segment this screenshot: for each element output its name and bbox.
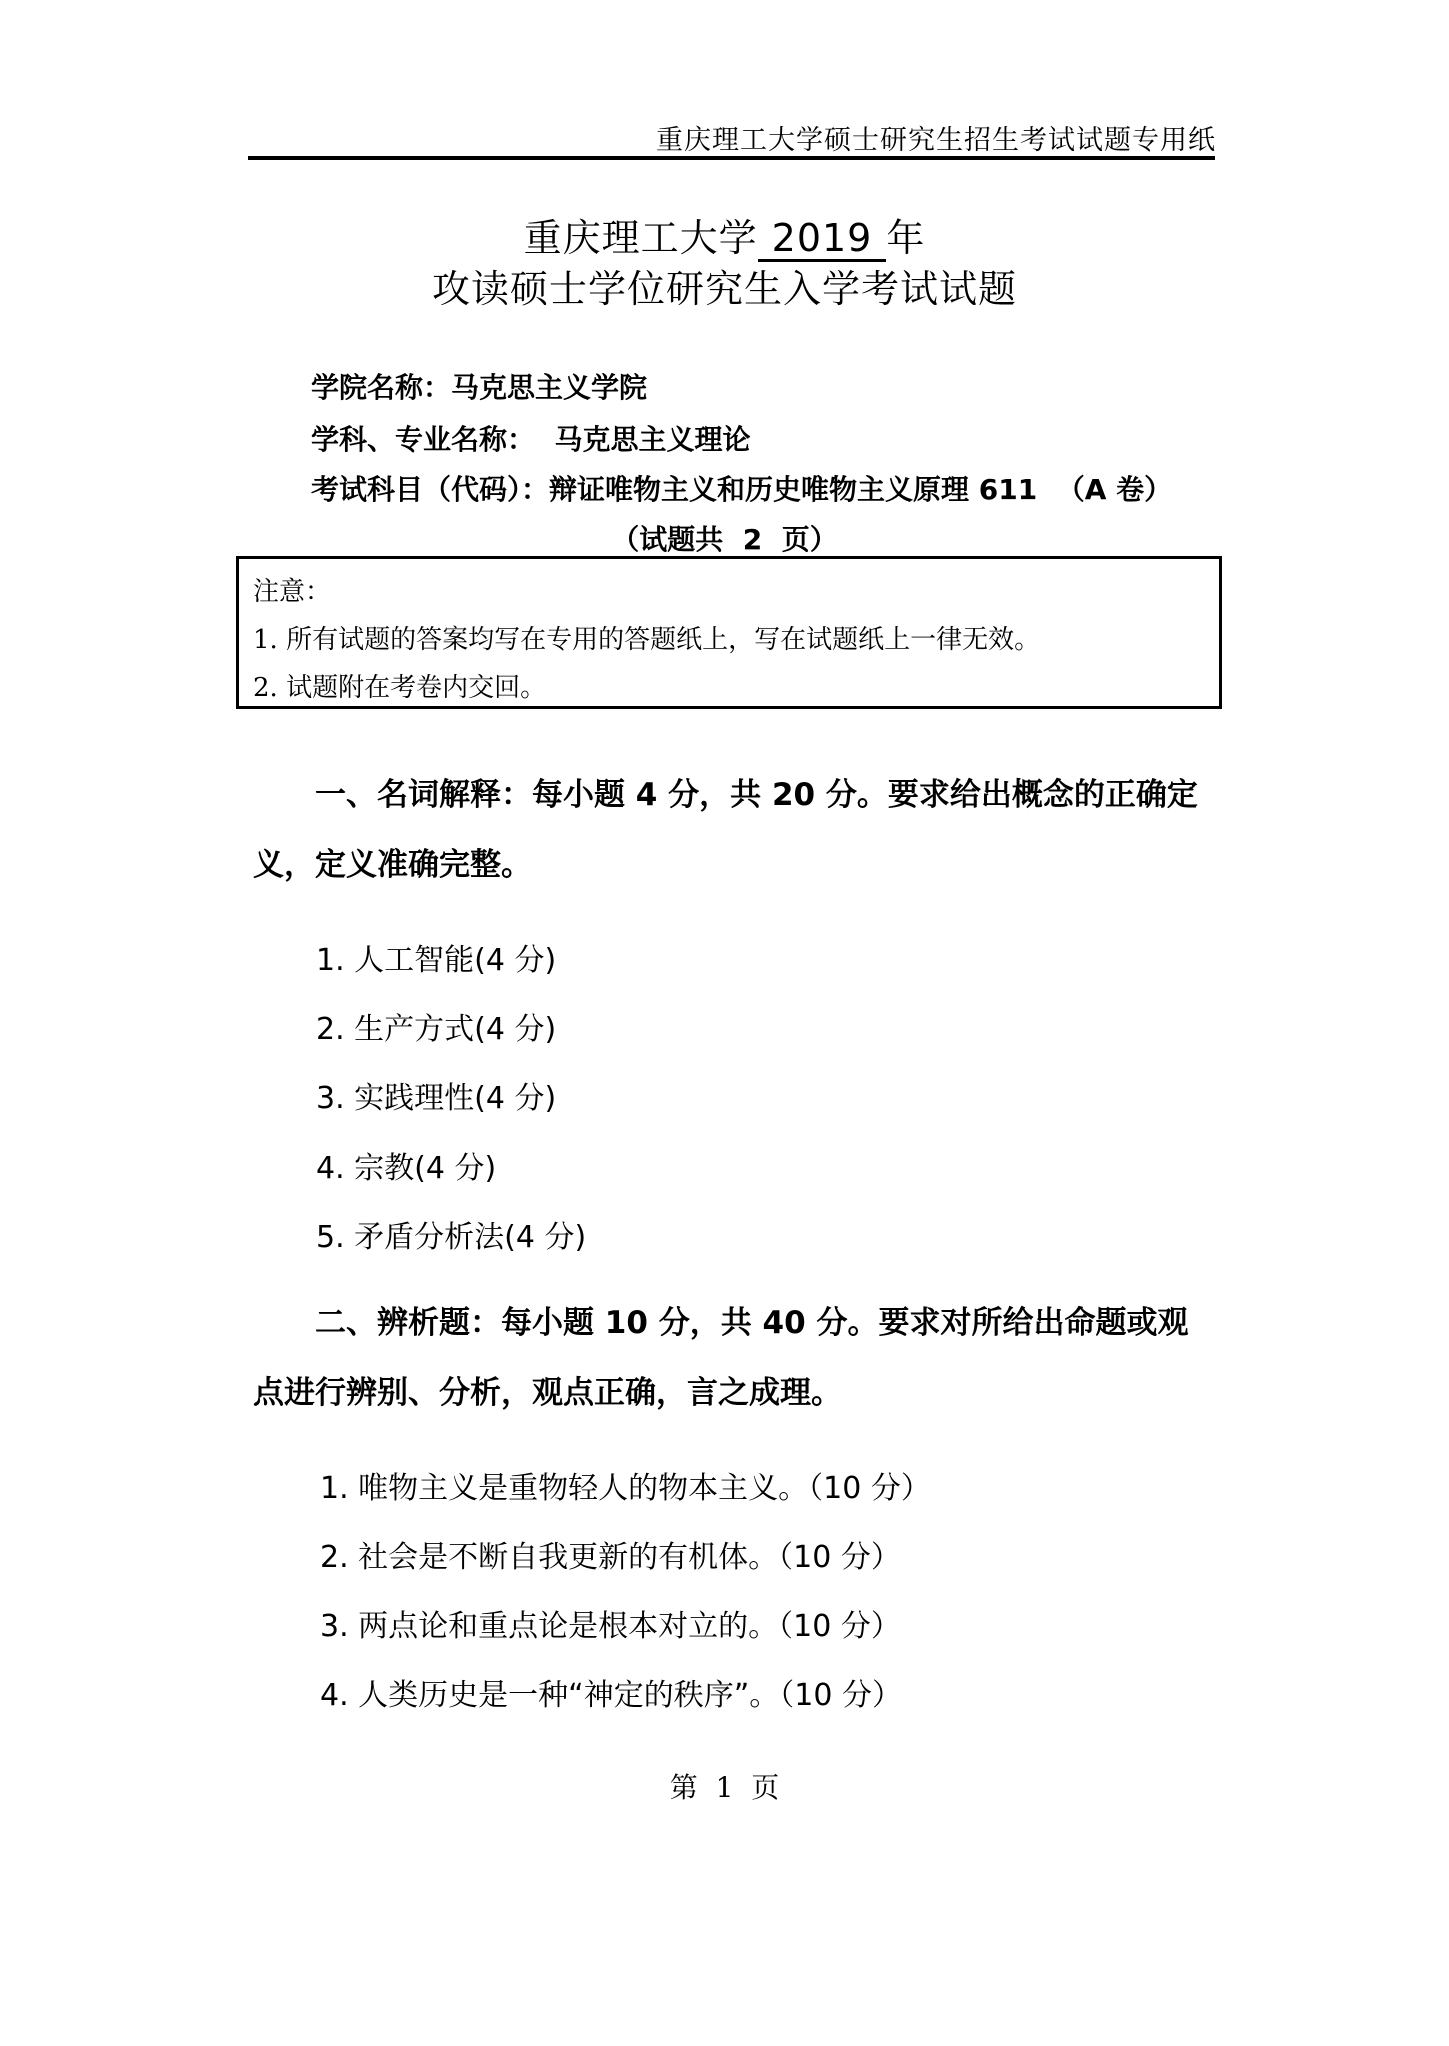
exam-title-line-1: 重庆理工大学2019年 — [0, 207, 1449, 262]
section-2-heading: 二、辨析题：每小题 10 分，共 40 分。要求对所给出命题或观点进行辨别、分析… — [253, 1288, 1213, 1428]
exam-subject: 考试科目（代码）：辩证唯物主义和历史唯物主义原理 611 （A 卷） — [311, 468, 1172, 508]
question-item: 2. 社会是不断自我更新的有机体。（10 分） — [320, 1532, 901, 1576]
total-pages-note: （试题共 2 页） — [0, 518, 1449, 558]
header-rule-divider — [248, 156, 1215, 160]
question-item: 3. 两点论和重点论是根本对立的。（10 分） — [320, 1601, 901, 1645]
university-name: 重庆理工大学 — [524, 216, 758, 260]
section-1-heading-text: 一、名词解释：每小题 4 分，共 20 分。要求给出概念的正确定义，定义准确完整… — [253, 777, 1198, 883]
exam-year: 2019 — [758, 219, 887, 262]
exam-page: 重庆理工大学硕士研究生招生考试试题专用纸 重庆理工大学2019年 攻读硕士学位研… — [0, 0, 1449, 2046]
exam-title-line-2: 攻读硕士学位研究生入学考试试题 — [0, 258, 1449, 313]
section-2-heading-text: 二、辨析题：每小题 10 分，共 40 分。要求对所给出命题或观点进行辨别、分析… — [253, 1305, 1188, 1411]
page-number: 第 1 页 — [0, 1766, 1449, 1806]
question-item: 4. 宗教(4 分) — [316, 1143, 496, 1187]
college-name: 学院名称：马克思主义学院 — [311, 366, 647, 406]
question-item: 1. 人工智能(4 分) — [316, 935, 556, 979]
major-name: 学科、专业名称： 马克思主义理论 — [311, 418, 751, 458]
notice-item: 1. 所有试题的答案均写在专用的答题纸上，写在试题纸上一律无效。 — [253, 619, 1040, 656]
page-header-text: 重庆理工大学硕士研究生招生考试试题专用纸 — [656, 118, 1216, 157]
notice-box: 注意： 1. 所有试题的答案均写在专用的答题纸上，写在试题纸上一律无效。 2. … — [236, 556, 1222, 709]
notice-title: 注意： — [253, 571, 331, 608]
question-item: 4. 人类历史是一种“神定的秩序”。（10 分） — [320, 1670, 902, 1714]
section-1-heading: 一、名词解释：每小题 4 分，共 20 分。要求给出概念的正确定义，定义准确完整… — [253, 760, 1213, 900]
question-item: 1. 唯物主义是重物轻人的物本主义。（10 分） — [320, 1463, 931, 1507]
question-item: 3. 实践理性(4 分) — [316, 1073, 556, 1117]
year-suffix: 年 — [886, 216, 925, 260]
question-item: 2. 生产方式(4 分) — [316, 1004, 556, 1048]
question-item: 5. 矛盾分析法(4 分) — [316, 1212, 586, 1256]
notice-item: 2. 试题附在考卷内交回。 — [253, 667, 546, 704]
